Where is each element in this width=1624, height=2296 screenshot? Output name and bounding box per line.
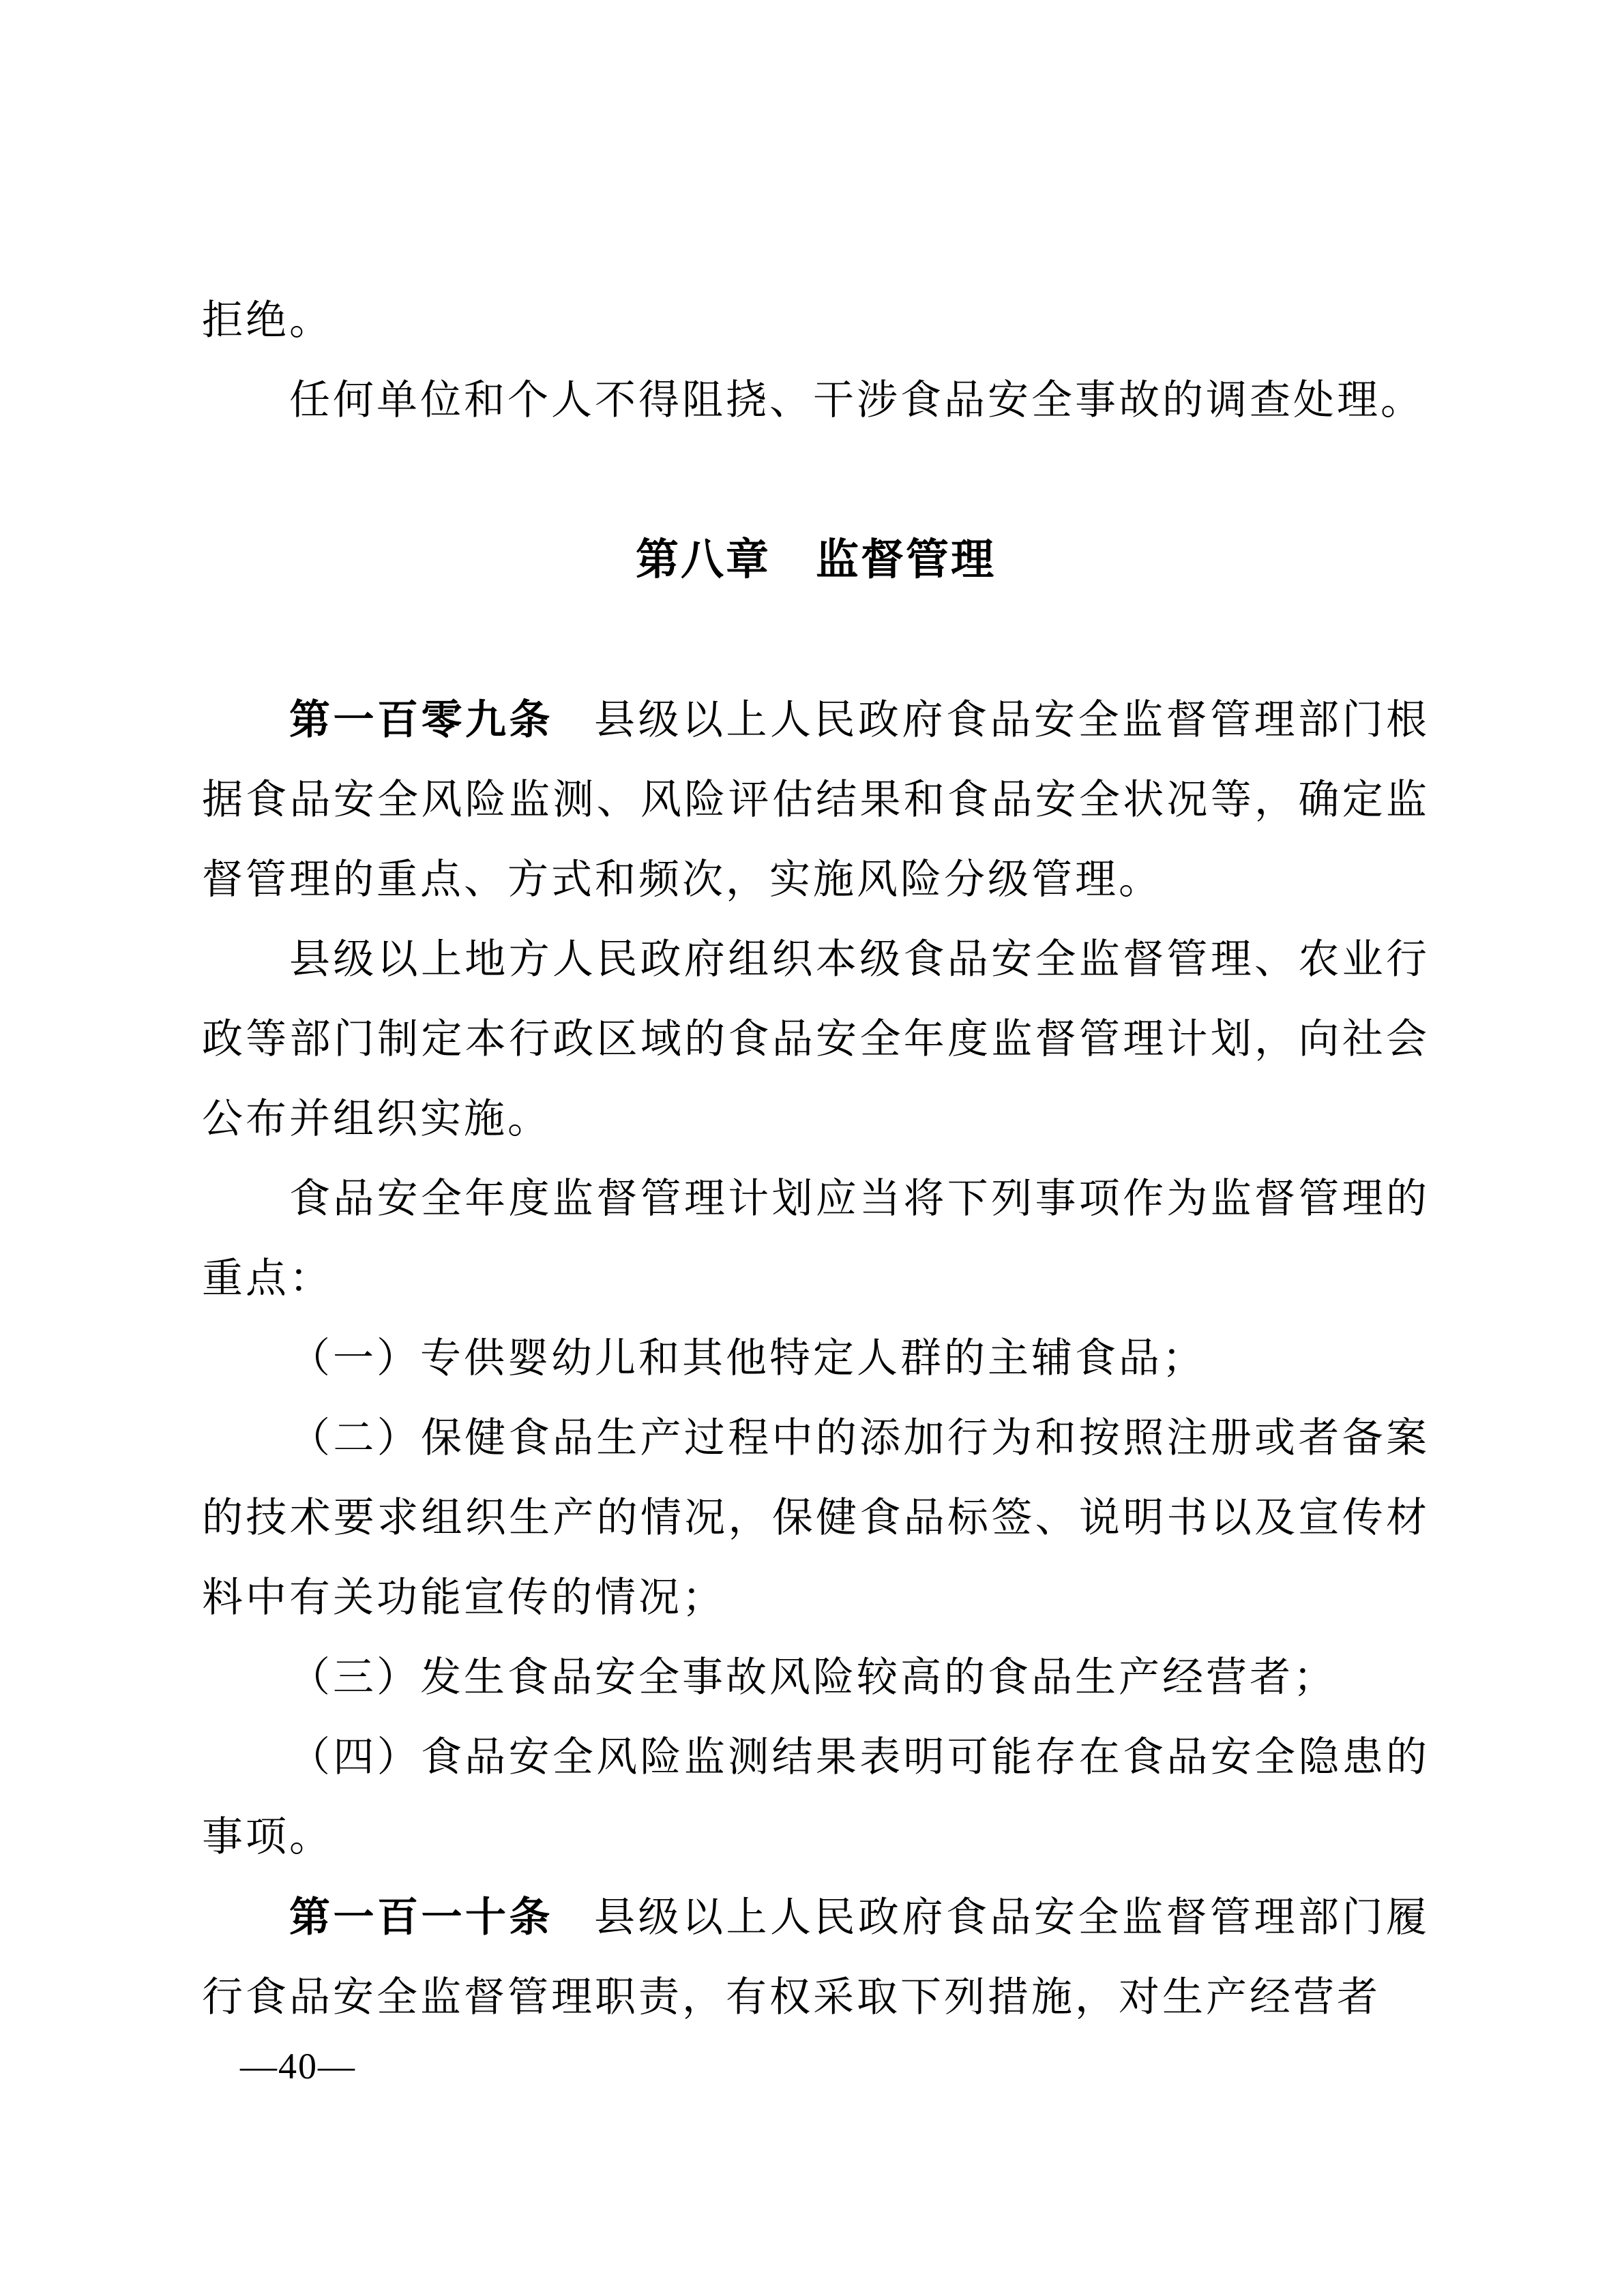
article-paragraph: 第一百一十条县级以上人民政府食品安全监督管理部门履行食品安全监督管理职责，有权采…: [202, 1877, 1430, 2038]
body-paragraph: 县级以上地方人民政府组织本级食品安全监督管理、农业行政等部门制定本行政区域的食品…: [202, 920, 1430, 1159]
page-number: —40—: [240, 2046, 356, 2087]
continuation-line: 拒绝。: [202, 281, 1430, 361]
chapter-heading: 第八章 监督管理: [202, 520, 1430, 600]
body-paragraph: （四）食品安全风险监测结果表明可能存在食品安全隐患的事项。: [202, 1718, 1430, 1877]
body-paragraph: 任何单位和个人不得阻挠、干涉食品安全事故的调查处理。: [202, 361, 1430, 441]
article-number: 第一百一十条: [289, 1894, 553, 1940]
body-paragraph: （三）发生食品安全事故风险较高的食品生产经营者；: [202, 1638, 1430, 1718]
document-page: 拒绝。任何单位和个人不得阻挠、干涉食品安全事故的调查处理。第八章 监督管理第一百…: [0, 0, 1624, 2296]
body-paragraph: （二）保健食品生产过程中的添加行为和按照注册或者备案的技术要求组织生产的情况，保…: [202, 1399, 1430, 1638]
body-paragraph: 食品安全年度监督管理计划应当将下列事项作为监督管理的重点：: [202, 1159, 1430, 1319]
document-body: 拒绝。任何单位和个人不得阻挠、干涉食品安全事故的调查处理。第八章 监督管理第一百…: [202, 281, 1430, 2038]
article-number: 第一百零九条: [289, 697, 553, 743]
body-paragraph: （一）专供婴幼儿和其他特定人群的主辅食品；: [202, 1319, 1430, 1399]
article-paragraph: 第一百零九条县级以上人民政府食品安全监督管理部门根据食品安全风险监测、风险评估结…: [202, 680, 1430, 920]
